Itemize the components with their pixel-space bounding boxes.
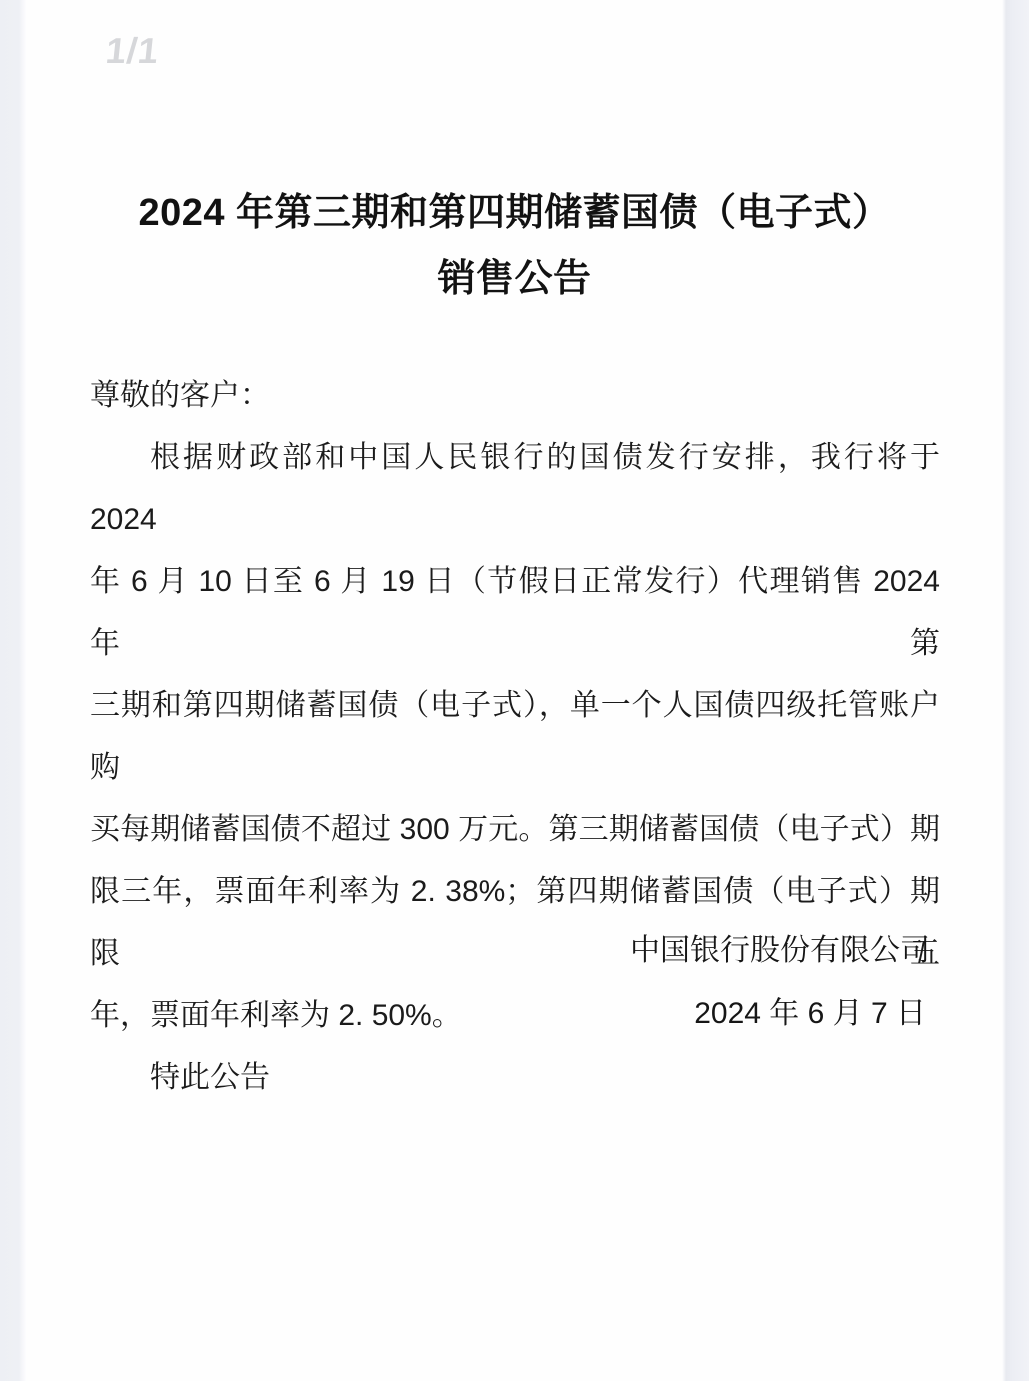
signature-date: 2024 年 6 月 7 日 [630, 982, 930, 1045]
salutation: 尊敬的客户： [90, 365, 940, 427]
closing-note: 特此公告 [90, 1047, 940, 1109]
body-line: 三期和第四期储蓄国债（电子式），单一个人国债四级托管账户购 [90, 675, 940, 799]
body-line: 根据财政部和中国人民银行的国债发行安排，我行将于 2024 [90, 427, 940, 551]
body-line: 买每期储蓄国债不超过 300 万元。第三期储蓄国债（电子式）期 [90, 799, 940, 861]
body-line: 年 6 月 10 日至 6 月 19 日（节假日正常发行）代理销售 2024 年… [90, 551, 940, 675]
signature-company: 中国银行股份有限公司 [630, 919, 930, 982]
document-page: 1/1 2024 年第三期和第四期储蓄国债（电子式） 销售公告 尊敬的客户： 根… [0, 0, 1029, 1381]
signature-block: 中国银行股份有限公司 2024 年 6 月 7 日 [630, 919, 930, 1045]
doc-title-line1: 2024 年第三期和第四期储蓄国债（电子式） [27, 190, 1002, 236]
page-indicator: 1/1 [104, 30, 161, 72]
page-edge-left [0, 0, 27, 1381]
doc-title-line2: 销售公告 [27, 256, 1002, 302]
page-edge-right [1002, 0, 1029, 1381]
